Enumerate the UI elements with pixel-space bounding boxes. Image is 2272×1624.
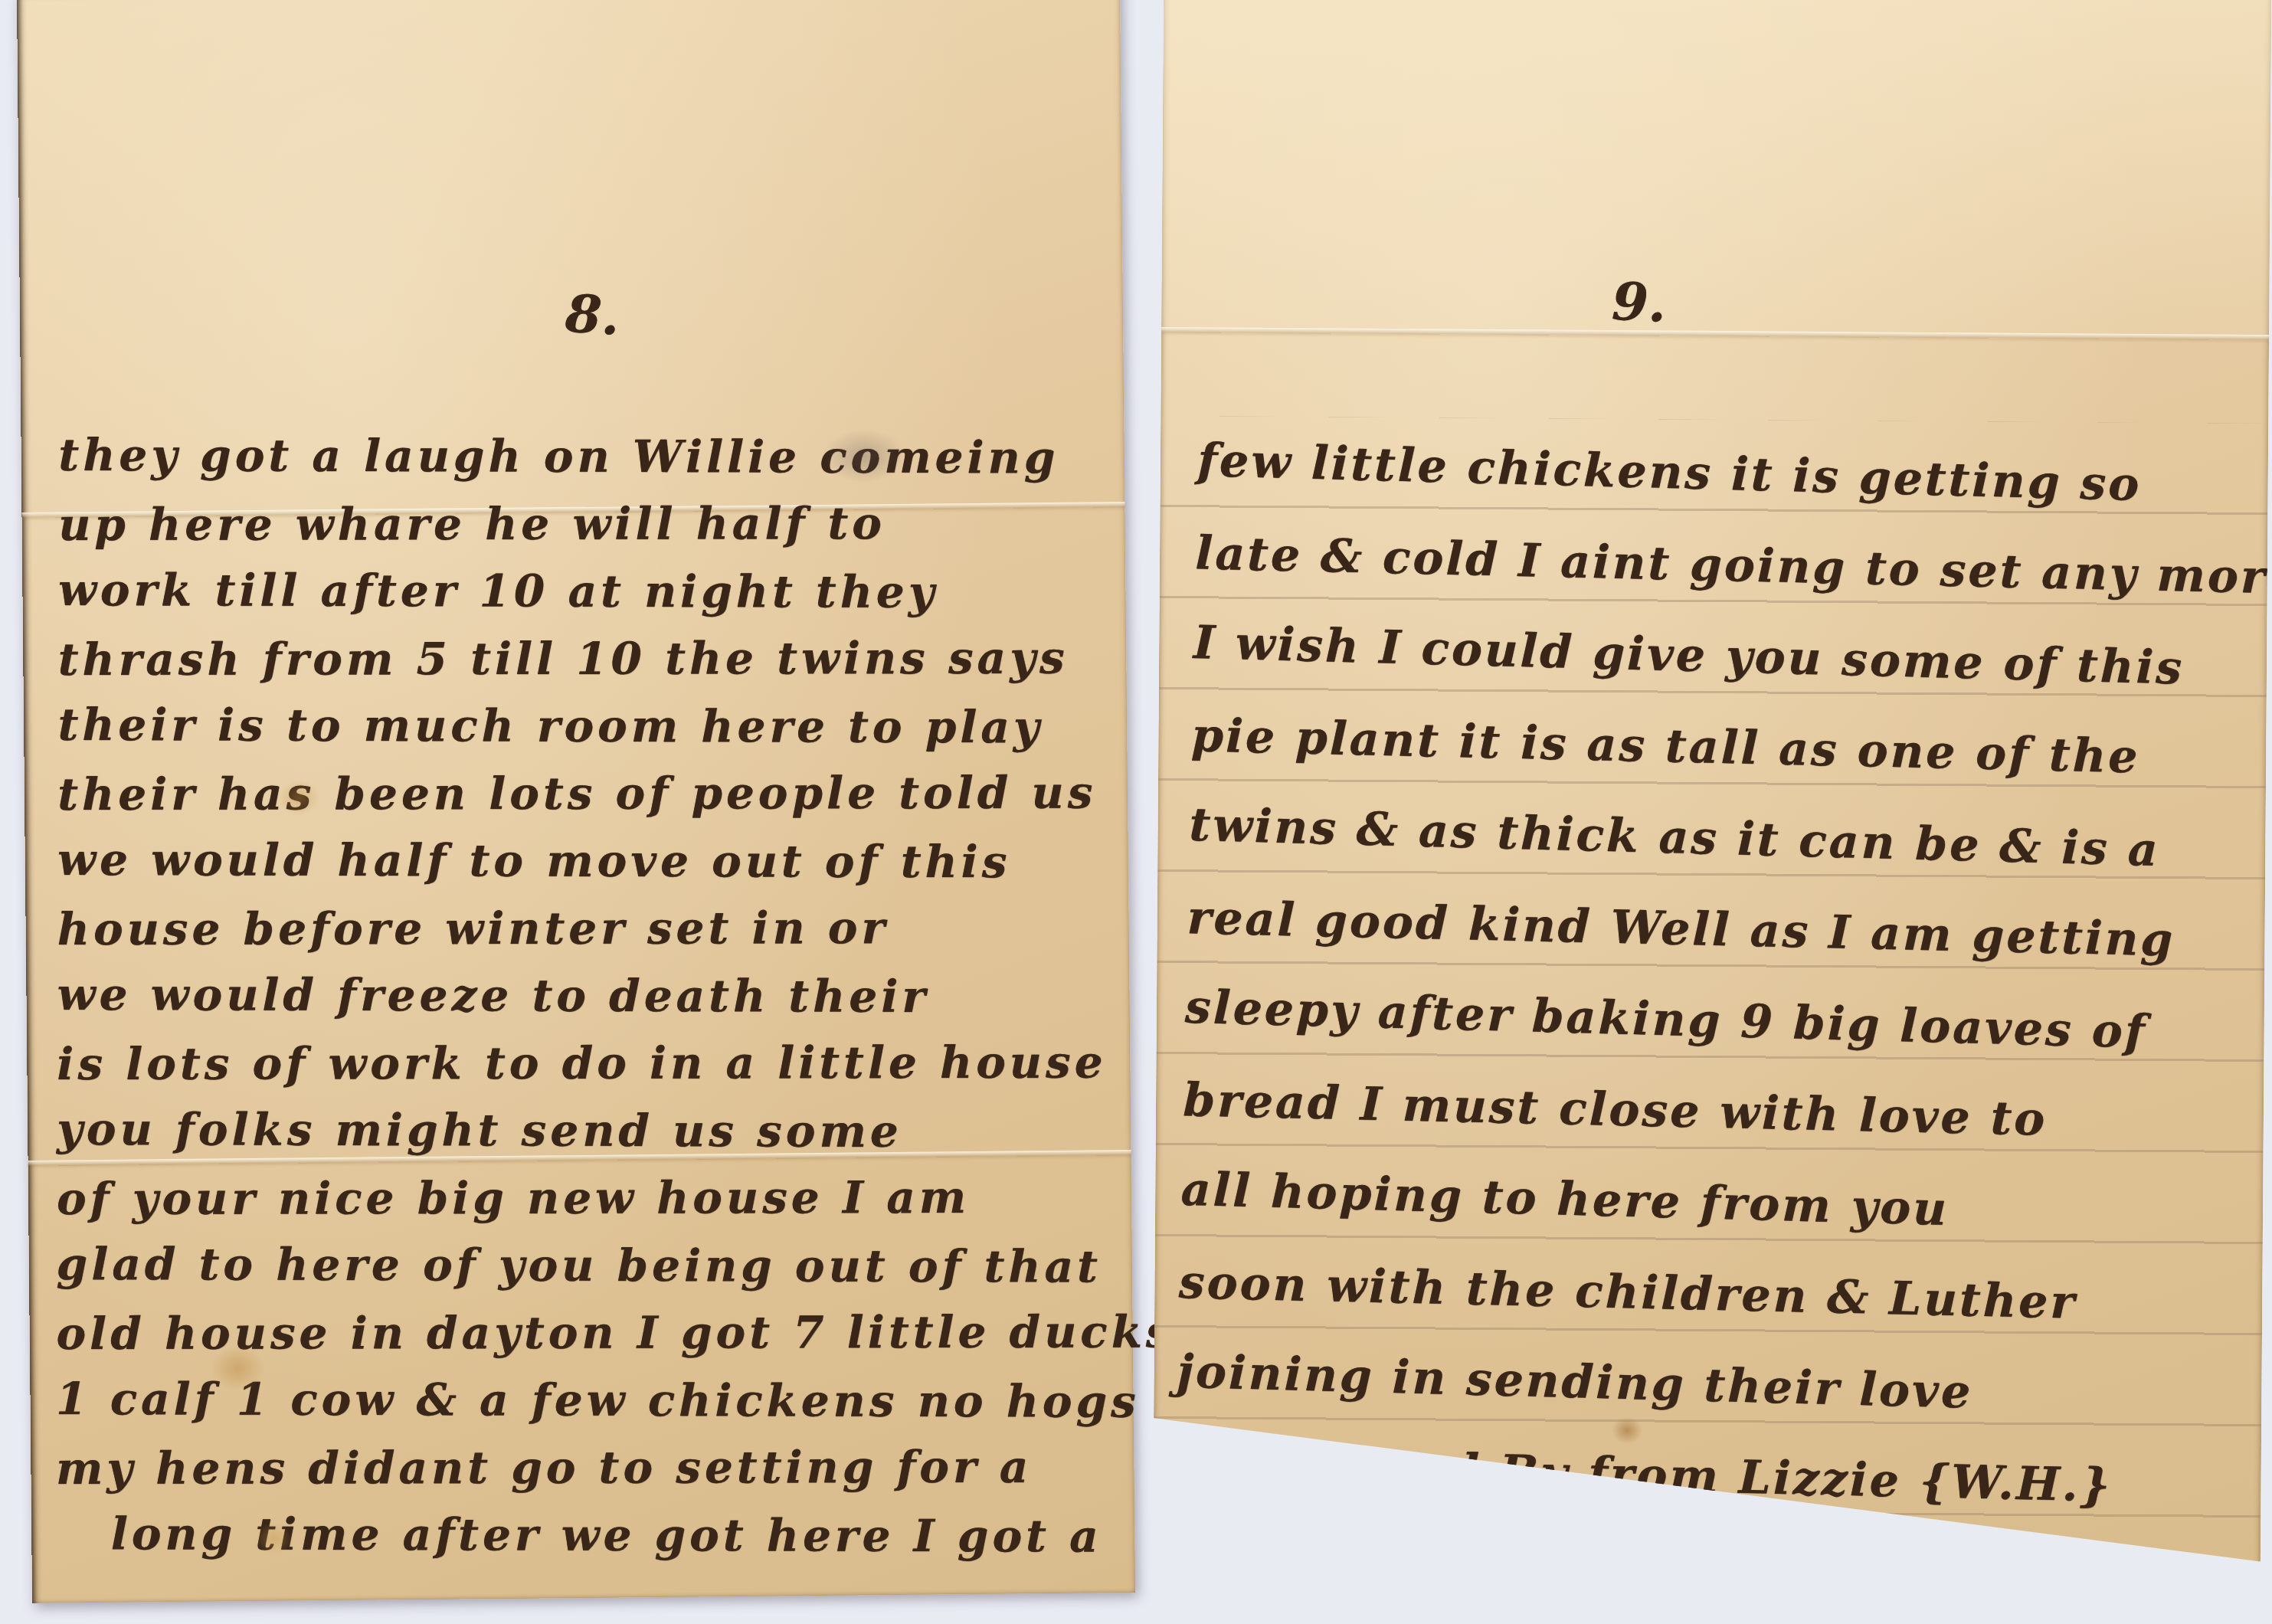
handwritten-line: house before winter set in or <box>57 894 1122 963</box>
handwritten-line: old house in dayton I got 7 little ducks <box>56 1298 1121 1367</box>
handwritten-line: is lots of work to do in a little house <box>57 1029 1121 1098</box>
fold-crease <box>1161 327 2269 340</box>
handwritten-line: 1 calf 1 cow & a few chickens no hogs <box>56 1365 1121 1436</box>
handwritten-line: up here whare he will half to <box>58 489 1123 558</box>
handwritten-line: you folks might send us some <box>57 1095 1121 1166</box>
handwritten-line: their has been lots of people told us <box>57 759 1122 828</box>
letter-page-9: 9. few little chickens it is getting sol… <box>1153 0 2271 1574</box>
handwritten-line: we would half to move out of this <box>57 826 1122 896</box>
handwritten-text-block: few little chickens it is getting solate… <box>1174 417 2270 1534</box>
scanned-letter-pages: 8. they got a laugh on Willie comeingup … <box>0 0 2272 1624</box>
handwritten-line: glad to here of you being out of that <box>57 1230 1121 1301</box>
page-number: 9. <box>1611 271 1668 335</box>
page-number: 8. <box>564 283 622 348</box>
letter-page-8: 8. they got a laugh on Willie comeingup … <box>17 0 1135 1603</box>
handwritten-line: long time after we got here I got a <box>56 1500 1121 1570</box>
handwritten-line: they got a laugh on Willie comeing <box>58 421 1123 492</box>
handwritten-line: we would freeze to death their <box>57 961 1121 1031</box>
handwritten-line: thrash from 5 till 10 the twins says <box>58 624 1123 693</box>
handwritten-line: of your nice big new house I am <box>57 1164 1121 1233</box>
handwritten-text-block: they got a laugh on Willie comeingup her… <box>56 421 1124 1570</box>
handwritten-line: my hens didant go to setting for a <box>56 1433 1121 1502</box>
handwritten-line: their is to much room here to play <box>57 691 1122 761</box>
handwritten-line: work till after 10 at night they <box>58 556 1123 627</box>
